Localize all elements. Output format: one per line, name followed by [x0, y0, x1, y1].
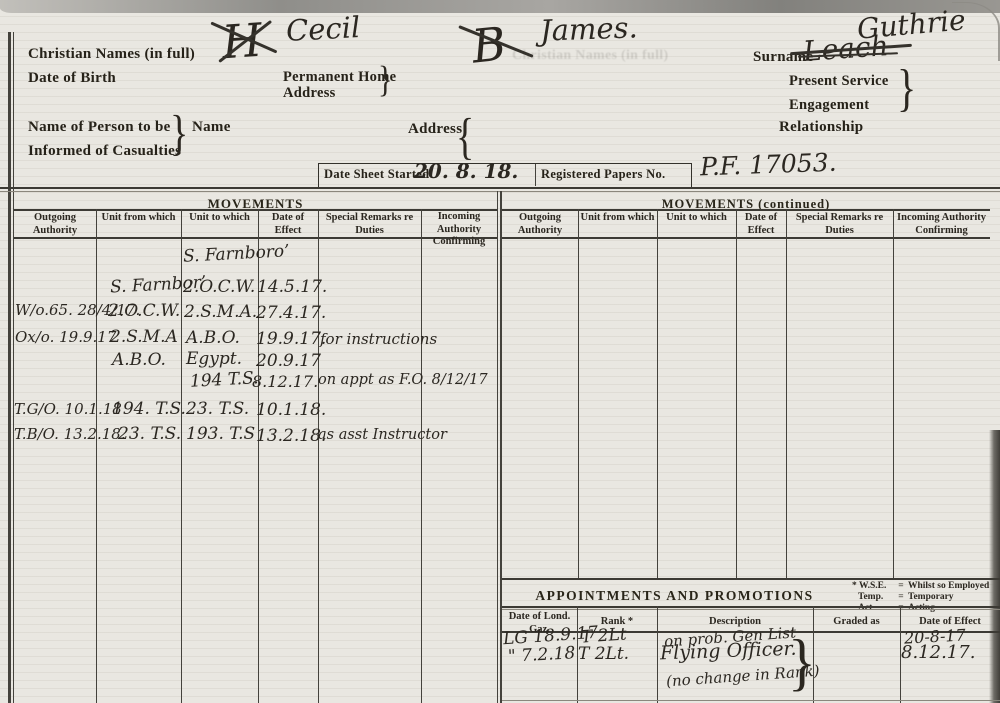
handwritten-middle-name: James. [539, 10, 638, 47]
appointments-bottom-rule [502, 700, 1000, 701]
date-sheet-started-value: 20. 8. 18. [414, 159, 518, 183]
movement-entry: Egypt. [186, 349, 242, 369]
movements-continued-grid-line [578, 209, 579, 578]
registered-papers-label: Registered Papers No. [541, 167, 665, 182]
movement-entry: 13.2.18. [256, 426, 326, 446]
handwritten-first-name: Cecil [285, 10, 361, 48]
legend-row: Temp. = Temporary [852, 592, 998, 603]
movement-entry: 23. T.S. [186, 399, 249, 419]
date-sheet-box-divider [535, 164, 536, 186]
movement-entry: T.G/O. 10.1.18 [14, 400, 122, 418]
legend-abbr: Temp. [852, 592, 894, 603]
movements-continued-col-outgoing-authority: Outgoing Authority [502, 212, 578, 237]
movement-entry: 19.9.17. [256, 329, 326, 349]
movements-continued-header-bottom-rule [502, 237, 990, 239]
movements-grid-line [421, 209, 422, 703]
person-informed-label-line2: Informed of Casualties [28, 143, 181, 160]
movement-entry: S. Farnboro’ [183, 241, 290, 267]
movements-col-special-remarks: Special Remarks re Duties [318, 212, 421, 237]
header-separator-rule [0, 187, 1000, 189]
legend-meaning: Whilst so Employed [908, 581, 989, 592]
date-of-birth-label: Date of Birth [28, 70, 116, 87]
movements-col-incoming-authority: Incoming Authority Confirming [421, 211, 497, 249]
christian-names-label: Christian Names (in full) [28, 46, 195, 63]
engagement-label: Engagement [789, 97, 869, 114]
movement-entry: 2.O.C.W. [108, 301, 180, 321]
movement-entry: A.B.O. [112, 350, 166, 370]
legend-abbr: * W.S.E. [852, 581, 894, 592]
legend-meaning: Temporary [908, 592, 954, 603]
address-brace: { [456, 107, 474, 166]
present-service-brace: } [897, 57, 916, 118]
ghost-offset-print: Christian Names (in full) [512, 48, 668, 64]
person-informed-label-line1: Name of Person to be [28, 119, 171, 136]
movements-continued-col-unit-from: Unit from which [578, 212, 657, 225]
appointments-col-graded-as: Graded as [813, 616, 900, 629]
relationship-label: Relationship [779, 119, 863, 136]
appointments-grid-line [657, 606, 658, 703]
appointments-top-rule [502, 578, 1000, 580]
movement-entry: 14.5.17. [257, 277, 327, 297]
movements-continued-col-incoming-authority: Incoming Authority Confirming [893, 212, 990, 237]
appointment-entry: T 2Lt. [578, 644, 629, 664]
permanent-home-brace: } [378, 59, 392, 102]
movement-entry: A.B.O. [186, 328, 240, 348]
scanned-service-record: Christian Names (in full) Date of Birth … [0, 0, 1000, 703]
movement-entry: Ox/o. 19.9.17 [15, 328, 116, 346]
appointment-entry: Flying Officer. [660, 638, 797, 665]
movement-entry: 2.O.C.W. [183, 277, 255, 297]
legend-eq: = [894, 592, 908, 603]
movement-entry: T.B/O. 13.2.18. [14, 425, 126, 443]
movements-continued-grid-line [736, 209, 737, 578]
movements-col-unit-to: Unit to which [181, 212, 258, 225]
movements-col-outgoing-authority: Outgoing Authority [14, 212, 96, 237]
person-informed-brace: } [170, 105, 188, 162]
permanent-home-label-line2: Address [283, 85, 336, 102]
movements-continued-grid-line [657, 209, 658, 578]
movement-entry: 10.1.18. [256, 400, 326, 420]
movement-entry: 193. T.S [186, 424, 255, 444]
appointments-brace: } [788, 625, 816, 699]
movements-continued-header-top-rule [502, 209, 990, 211]
movement-entry: 27.4.17. [256, 303, 326, 323]
present-service-label: Present Service [789, 73, 889, 90]
appointment-entry: " 7.2.18 [508, 643, 576, 666]
scan-right-edge [989, 430, 1000, 703]
movement-entry: 2.S.M.A. [184, 302, 257, 322]
movement-entry: 2.S.M.A [110, 327, 178, 347]
address-label: Address [408, 121, 462, 138]
movement-entry: 8.12.17. [252, 372, 318, 391]
movements-continued-col-date-of-effect: Date of Effect [736, 212, 786, 237]
movement-entry: 20.9.17 [256, 351, 321, 371]
movements-continued-col-special-remarks: Special Remarks re Duties [786, 212, 893, 237]
movements-grid-line [96, 209, 97, 703]
appointments-title: APPOINTMENTS AND PROMOTIONS [502, 588, 847, 604]
movement-remark: on appt as F.O. 8/12/17 [318, 372, 488, 388]
movements-continued-col-unit-to: Unit to which [657, 212, 736, 225]
binding-line-inner [13, 32, 14, 703]
name-label: Name [192, 119, 231, 136]
scan-top-band [0, 0, 1000, 13]
movements-col-date-of-effect: Date of Effect [258, 212, 318, 237]
movement-entry: 23. T.S. [118, 424, 181, 444]
movement-remark: as asst Instructor [318, 427, 447, 443]
appointment-entry: 8.12.17. [901, 642, 975, 663]
legend-row: * W.S.E. = Whilst so Employed [852, 581, 998, 592]
binding-line-outer [8, 32, 11, 703]
movement-entry: 194 T.S. [190, 368, 259, 392]
legend-eq: = [894, 581, 908, 592]
movement-remark: for instructions [320, 330, 437, 348]
movement-entry: 194. T.S. [112, 399, 186, 419]
movements-col-unit-from: Unit from which [96, 212, 181, 225]
movements-continued-grid-line [786, 209, 787, 578]
registered-papers-value: P.F. 17053. [700, 148, 837, 182]
table-divider-line [497, 191, 498, 703]
movements-continued-grid-line [893, 209, 894, 578]
